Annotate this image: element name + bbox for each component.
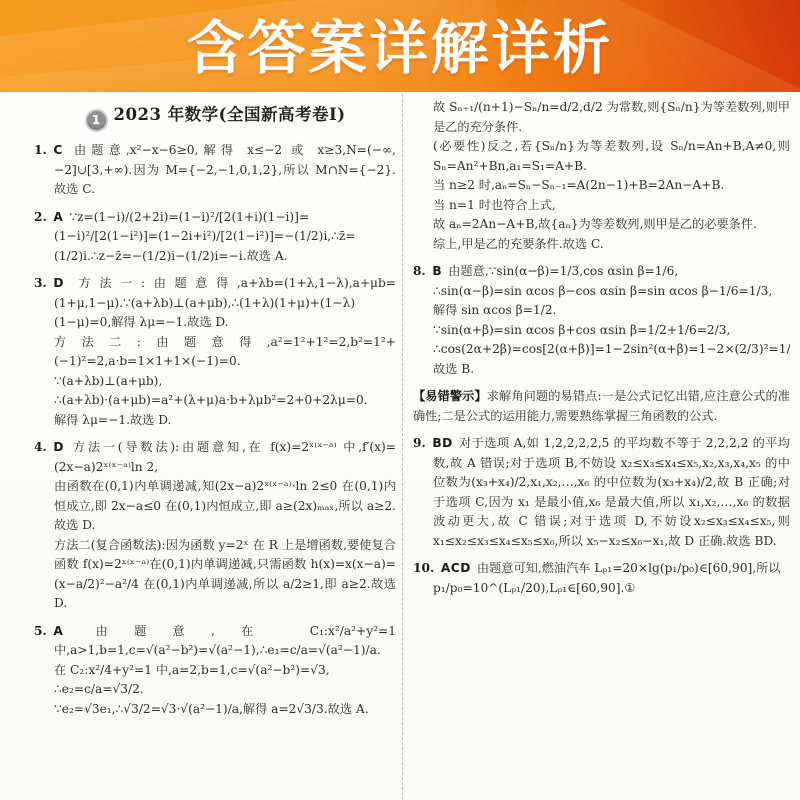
question-number: 1. xyxy=(34,143,47,157)
answer-letter: BD xyxy=(426,436,453,450)
solution-paragraph: ∴sin(α−β)=sin αcos β−cos αsin β=sin αcos… xyxy=(413,282,790,302)
problem-5: 5. A 由题意,在 C₁:x²/a²+y²=1 中,a>1,b=1,c=√(a… xyxy=(34,622,396,720)
answer-letter: A xyxy=(47,624,64,638)
problem-3: 3. D 方法一:由题意得,a+λb=(1+λ,1−λ),a+μb=(1+μ,1… xyxy=(34,274,396,430)
left-column-body: 1. C 由题意,x²−x−6≥0,解得 x≤−2 或 x≥3,N=(−∞,−2… xyxy=(34,141,396,719)
problem-10: 10. ACD 由题意可知,燃油汽车 Lₚ₁=20×lg(p₁/p₀)∈[60,… xyxy=(413,559,790,598)
solution-paragraph: 【易错警示】求解角问题的易错点:一是公式记忆出错,应注意公式的准确性;二是公式的… xyxy=(413,387,790,426)
paper-header: 12023 年数学(全国新高考卷Ⅰ) xyxy=(34,102,396,132)
solution-paragraph: 综上,甲是乙的充要条件.故选 C. xyxy=(413,235,790,255)
solution-paragraph: 故 aₙ=2An−A+B,故{aₙ}为等差数列,则甲是乙的必要条件. xyxy=(413,215,790,235)
solution-paragraph: 方法二:由题意得,a²=1²+1²=2,b²=1²+(−1)²=2,a·b=1×… xyxy=(34,333,396,372)
question-number: 2. xyxy=(34,210,47,224)
question-number: 9. xyxy=(413,436,426,450)
right-column: 故 Sₙ₊₁/(n+1)−Sₙ/n=d/2,d/2 为常数,则{Sₙ/n}为等差… xyxy=(413,98,790,798)
problem-9: 9. BD 对于选项 A,如 1,2,2,2,2,5 的平均数不等于 2,2,2… xyxy=(413,434,790,551)
question-number: 4. xyxy=(34,440,47,454)
question-number: 8. xyxy=(413,264,426,278)
problem-2: 2. A ∵z=(1−i)/(2+2i)=(1−i)²/[2(1+i)(1−i)… xyxy=(34,208,396,267)
solution-paragraph: p₁/p₀=10^(Lₚ₁/20),Lₚ₁∈[60,90].① xyxy=(413,579,790,599)
answer-letter: C xyxy=(47,143,63,157)
solution-paragraph: 10. ACD 由题意可知,燃油汽车 Lₚ₁=20×lg(p₁/p₀)∈[60,… xyxy=(413,559,790,579)
solution-paragraph: ∴cos(2α+2β)=cos[2(α+β)]=1−2sin²(α+β)=1−2… xyxy=(413,340,790,379)
banner-title: 含答案详解详析 xyxy=(0,0,800,92)
solution-paragraph: (必要性)反之,若{Sₙ/n}为等差数列,设 Sₙ/n=An+B,A≠0,则 S… xyxy=(413,137,790,176)
solution-paragraph: 方法二(复合函数法):因为函数 y=2ˣ 在 R 上是增函数,要使复合函数 f(… xyxy=(34,536,396,614)
solution-paragraph: 2. A ∵z=(1−i)/(2+2i)=(1−i)²/[2(1+i)(1−i)… xyxy=(34,208,396,267)
solution-paragraph: 3. D 方法一:由题意得,a+λb=(1+λ,1−λ),a+μb=(1+μ,1… xyxy=(34,274,396,333)
solution-paragraph: ∴(a+λb)·(a+μb)=a²+(λ+μ)a·b+λμb²=2+0+2λμ=… xyxy=(34,391,396,411)
note-label: 【易错警示】 xyxy=(413,389,487,403)
solution-paragraph: 1. C 由题意,x²−x−6≥0,解得 x≤−2 或 x≥3,N=(−∞,−2… xyxy=(34,141,396,200)
solution-paragraph: 当 n=1 时也符合上式, xyxy=(413,196,790,216)
continuation-block: 故 Sₙ₊₁/(n+1)−Sₙ/n=d/2,d/2 为常数,则{Sₙ/n}为等差… xyxy=(413,98,790,254)
column-divider xyxy=(402,94,403,800)
left-column: 12023 年数学(全国新高考卷Ⅰ) 1. C 由题意,x²−x−6≥0,解得 … xyxy=(34,98,396,798)
solution-paragraph: 由函数在(0,1)内单调递减,知(2x−a)2ˣ⁽ˣ⁻ᵃ⁾·ln 2≤0 在(0… xyxy=(34,477,396,536)
problem-4: 4. D 方法一(导数法):由题意知,在 f(x)=2ˣ⁽ˣ⁻ᵃ⁾ 中,f′(x… xyxy=(34,438,396,614)
solution-paragraph: 在 C₂:x²/4+y²=1 中,a=2,b=1,c=√(a²−b²)=√3, xyxy=(34,661,396,681)
question-number: 3. xyxy=(34,276,47,290)
solution-paragraph: 解得 sin αcos β=1/2. xyxy=(413,301,790,321)
solution-paragraph: 解得 λμ=−1.故选 D. xyxy=(34,411,396,431)
paper-number-badge: 1 xyxy=(85,109,108,132)
question-number: 5. xyxy=(34,624,47,638)
answer-letter: ACD xyxy=(434,561,471,575)
question-number: 10. xyxy=(413,561,434,575)
answer-page: 12023 年数学(全国新高考卷Ⅰ) 1. C 由题意,x²−x−6≥0,解得 … xyxy=(0,92,800,800)
problem-1: 1. C 由题意,x²−x−6≥0,解得 x≤−2 或 x≥3,N=(−∞,−2… xyxy=(34,141,396,200)
solution-paragraph: 当 n≥2 时,aₙ=Sₙ−Sₙ₋₁=A(2n−1)+B=2An−A+B. xyxy=(413,176,790,196)
solution-paragraph: 9. BD 对于选项 A,如 1,2,2,2,2,5 的平均数不等于 2,2,2… xyxy=(413,434,790,551)
banner: 含答案详解详析 xyxy=(0,0,800,92)
paper-title: 2023 年数学(全国新高考卷Ⅰ) xyxy=(114,105,346,124)
solution-paragraph: 4. D 方法一(导数法):由题意知,在 f(x)=2ˣ⁽ˣ⁻ᵃ⁾ 中,f′(x… xyxy=(34,438,396,477)
solution-paragraph: ∴e₂=c/a=√3/2. xyxy=(34,680,396,700)
answer-letter: B xyxy=(426,264,442,278)
caution-note: 【易错警示】求解角问题的易错点:一是公式记忆出错,应注意公式的准确性;二是公式的… xyxy=(413,387,790,426)
solution-paragraph: ∵e₂=√3e₁,∴√3/2=√3·√(a²−1)/a,解得 a=2√3/3.故… xyxy=(34,700,396,720)
answer-letter: A xyxy=(47,210,64,224)
answer-letter: D xyxy=(47,276,64,290)
solution-paragraph: 故 Sₙ₊₁/(n+1)−Sₙ/n=d/2,d/2 为常数,则{Sₙ/n}为等差… xyxy=(413,98,790,137)
solution-paragraph: 5. A 由题意,在 C₁:x²/a²+y²=1 中,a>1,b=1,c=√(a… xyxy=(34,622,396,661)
solution-paragraph: ∵(a+λb)⊥(a+μb), xyxy=(34,372,396,392)
solution-paragraph: 8. B 由题意,∵sin(α−β)=1/3,cos αsin β=1/6, xyxy=(413,262,790,282)
problem-8: 8. B 由题意,∵sin(α−β)=1/3,cos αsin β=1/6,∴s… xyxy=(413,262,790,379)
answer-letter: D xyxy=(47,440,64,454)
solution-paragraph: ∵sin(α+β)=sin αcos β+cos αsin β=1/2+1/6=… xyxy=(413,321,790,341)
